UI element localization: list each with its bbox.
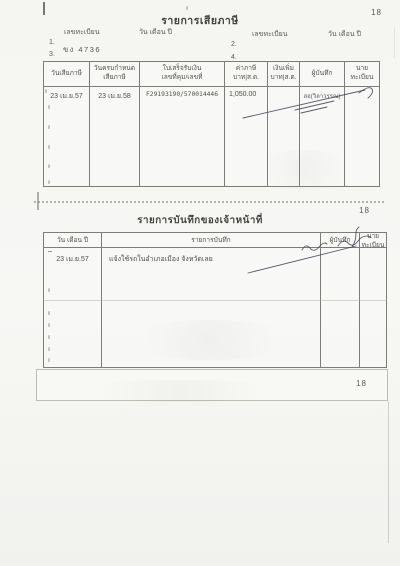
officer-signature [240,225,390,280]
scan-mark [48,358,50,362]
scan-smudge [120,320,300,360]
page-number-bottom: 18 [337,379,367,388]
scan-mark [48,288,50,292]
cell-due-date: 23 เม.ย.58 [90,87,140,186]
page-perforation-line [34,201,384,203]
cell-tax-date: 23 เม.ย.57 [44,87,90,186]
scan-mark [48,311,50,315]
item-number-1: 1. [49,39,55,46]
tax-table-header-tax-date: วันเสียภาษี [44,62,90,86]
scan-fold-line [43,300,387,301]
cell-receipt-number: F29193190/570014446 [140,87,225,186]
scan-mark [48,347,50,351]
cell-officer-date: 23 เม.ย.57 [44,248,102,367]
scan-page-edge [388,401,389,543]
scan-mark [48,323,50,327]
scan-mark [48,164,50,168]
scan-smudge [60,380,300,402]
label-registration-right: เลขทะเบียน [252,29,288,40]
scan-mark [45,89,47,93]
scan-mark [48,125,50,129]
scan-mark [48,251,52,252]
label-date-left: วัน เดือน ปี [139,27,172,38]
registration-plate-value: ขง 4736 [63,44,101,56]
scan-mark [186,6,188,10]
tax-table-header-receipt: ใบเสร็จรับเงินเลขที่คุม/เลขที่ [140,62,225,86]
registrar-signature [235,80,385,125]
scan-edge-mark [37,192,39,210]
item-number-3: 3. [49,51,55,58]
scan-mark [48,180,50,184]
scan-mark [48,145,50,149]
item-number-2: 2. [231,41,237,48]
tax-table-header-due-date: วันครบกำหนดเสียภาษี [90,62,140,86]
scan-smudge [250,150,360,190]
label-date-right: วัน เดือน ปี [328,29,361,40]
scanned-registration-page: 18 รายการเสียภาษี เลขทะเบียน วัน เดือน ป… [0,0,400,566]
scan-mark [48,335,50,339]
item-number-4: 4. [231,54,237,61]
label-registration-left: เลขทะเบียน [64,27,100,38]
scan-mark [48,105,50,109]
scan-page-edge [394,28,395,58]
tax-section-title: รายการเสียภาษี [0,12,400,29]
